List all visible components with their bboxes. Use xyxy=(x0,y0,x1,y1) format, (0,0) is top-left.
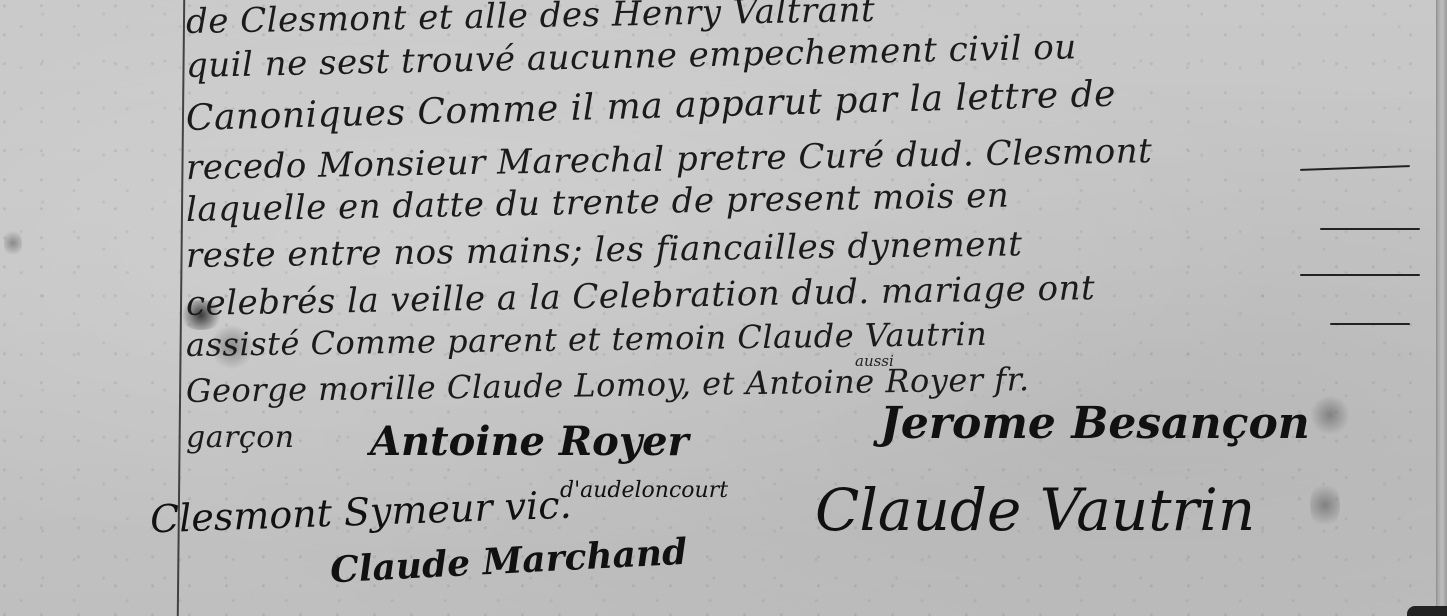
margin-stain xyxy=(4,228,22,258)
page-edge xyxy=(1436,0,1447,616)
interlinear-note: aussi xyxy=(855,352,894,370)
signature-claude-vautrin: Claude Vautrin xyxy=(815,476,1255,544)
register-line-6: reste entre nos mains; les fiancailles d… xyxy=(186,224,1023,276)
line-end-flourish xyxy=(1320,228,1420,230)
signature-jerome-besancon: Jerome Besançon xyxy=(880,398,1310,449)
line-end-flourish xyxy=(1330,323,1410,325)
signature-antoine-royer: Antoine Royer xyxy=(370,418,689,465)
line-end-flourish xyxy=(1300,165,1410,171)
line-end-flourish xyxy=(1300,274,1420,276)
register-line-3: Canoniques Comme il ma apparut par la le… xyxy=(185,74,1116,139)
signature-daudeloncourt: d'audeloncourt xyxy=(560,478,728,503)
ink-smudge-right xyxy=(1310,395,1350,435)
signature-claude-marchand: Claude Marchand xyxy=(329,531,688,592)
register-page-scan: de Clesmont et alle des Henry Valtrant q… xyxy=(0,0,1447,616)
page-corner-shadow xyxy=(1407,606,1447,616)
signature-clesmont-vicar: Clesmont Symeur vic. xyxy=(149,483,572,542)
register-line-10: garçon xyxy=(186,420,295,455)
ink-smudge-right-lower xyxy=(1310,480,1340,530)
